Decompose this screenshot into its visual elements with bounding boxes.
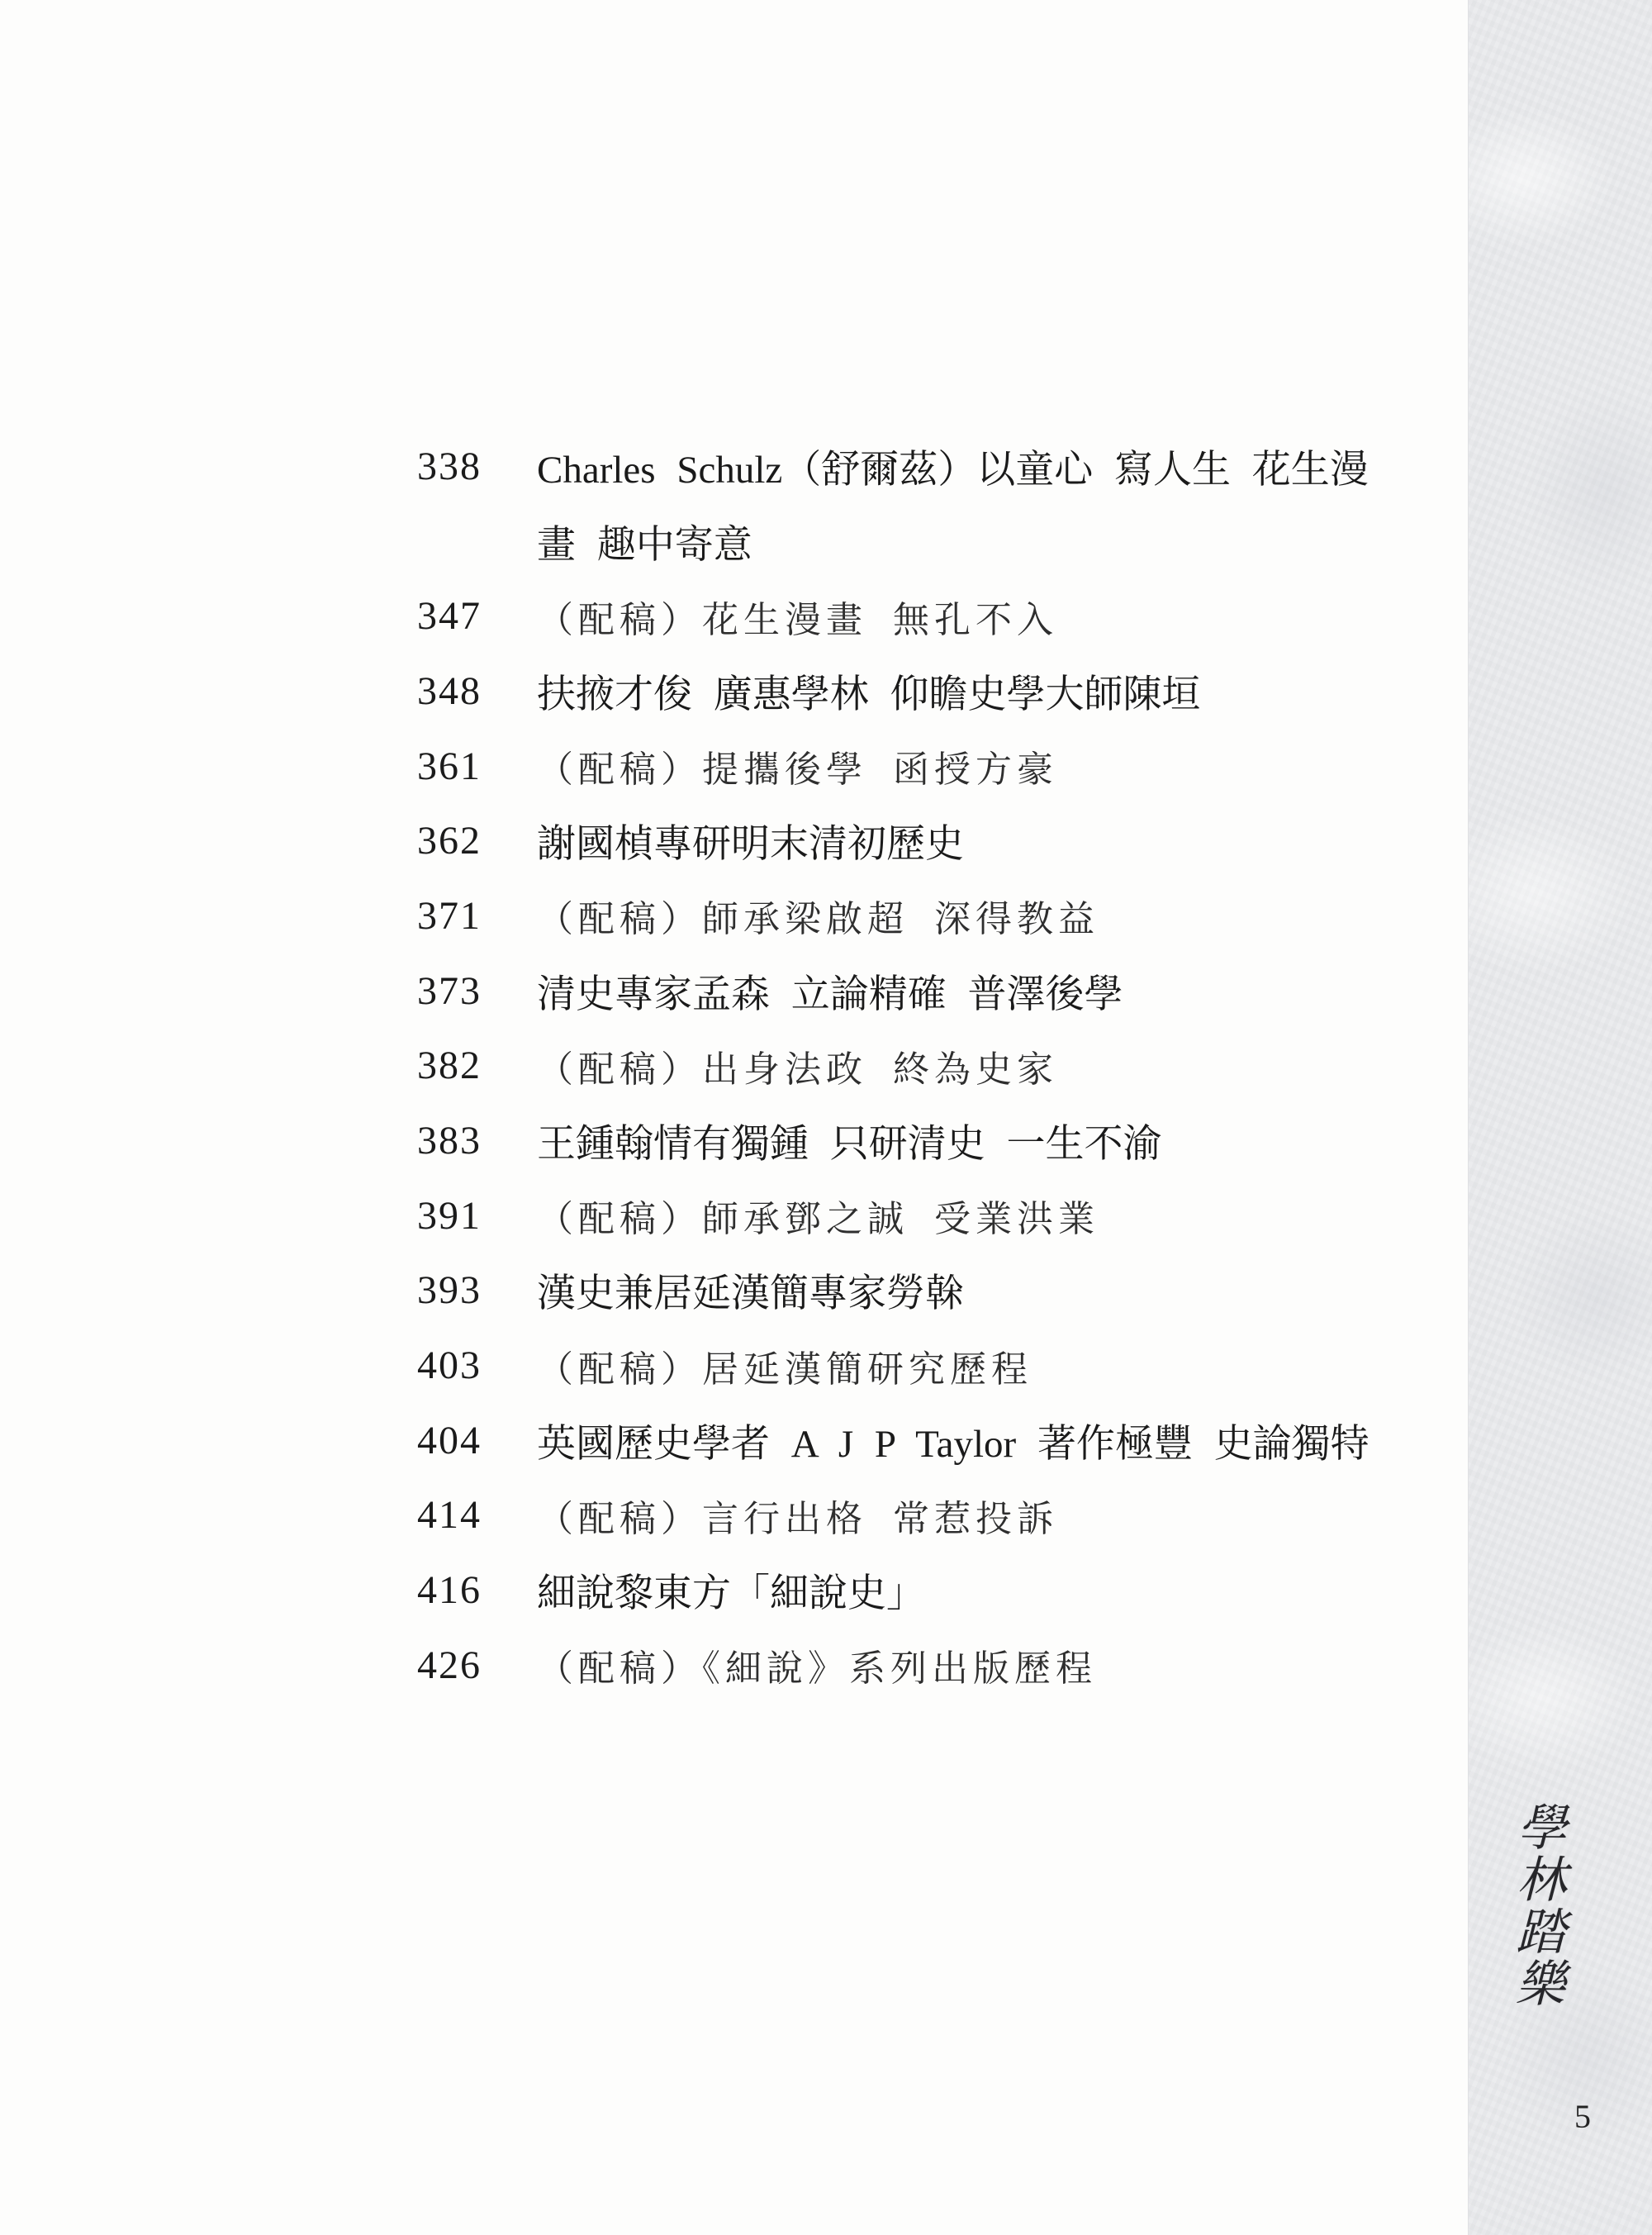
- toc-entry-title: 王鍾翰情有獨鍾 只研清史 一生不渝: [537, 1113, 1162, 1168]
- toc-line: 391 （配稿）師承鄧之誠 受業洪業: [417, 1178, 1450, 1253]
- spine-char: 林: [1517, 1855, 1567, 1908]
- toc-entry-title: （配稿）提攜後學 函授方豪: [537, 739, 1058, 792]
- toc-page-number: 373: [417, 968, 537, 1014]
- toc-page-number: 361: [417, 744, 537, 789]
- toc-page-number: 426: [417, 1643, 537, 1688]
- toc-entry-title: （配稿）花生漫畫 無孔不入: [537, 590, 1058, 643]
- toc-entry-title: （配稿）出身法政 終為史家: [537, 1039, 1058, 1092]
- toc-entry-title: 扶掖才俊 廣惠學林 仰瞻史學大師陳垣: [537, 663, 1201, 719]
- toc-entry-title: （配稿）居延漢簡研究歷程: [537, 1339, 1032, 1392]
- toc-entry-title: 英國歷史學者 A J P Taylor 著作極豐 史論獨特: [537, 1413, 1370, 1468]
- toc-line: 393 漢史兼居延漢簡專家勞榦: [417, 1253, 1450, 1329]
- toc-page-number: 362: [417, 818, 537, 863]
- toc-entry-title: （配稿）言行出格 常惹投訴: [537, 1489, 1058, 1542]
- paper-sidebar: 學林踏樂 5: [1468, 0, 1652, 2235]
- toc-entry-title: 漢史兼居延漢簡專家勞榦: [537, 1263, 964, 1318]
- toc-line: 361 （配稿）提攜後學 函授方豪: [417, 729, 1450, 804]
- toc-page-number: 347: [417, 593, 537, 639]
- toc: 338 Charles Schulz（舒爾茲）以童心 寫人生 花生漫 畫 趣中寄…: [417, 429, 1450, 1703]
- page-number: 5: [1574, 2097, 1591, 2136]
- toc-entry-title: （配稿）師承梁啟超 深得教益: [537, 889, 1099, 942]
- toc-entry-title: Charles Schulz（舒爾茲）以童心 寫人生 花生漫: [537, 439, 1369, 494]
- toc-page-number: 348: [417, 668, 537, 714]
- toc-line: 362 謝國楨專研明末清初歷史: [417, 803, 1450, 878]
- toc-line: 338 Charles Schulz（舒爾茲）以童心 寫人生 花生漫: [417, 429, 1450, 504]
- toc-page-number: 404: [417, 1418, 537, 1463]
- toc-line: 371 （配稿）師承梁啟超 深得教益: [417, 878, 1450, 953]
- spine-char: 學: [1517, 1803, 1568, 1856]
- toc-line: 404 英國歷史學者 A J P Taylor 著作極豐 史論獨特: [417, 1403, 1450, 1478]
- toc-page-number: 403: [417, 1343, 537, 1388]
- toc-line: 416 細說黎東方「細說史」: [417, 1553, 1450, 1628]
- toc-line: 382 （配稿）出身法政 終為史家: [417, 1029, 1450, 1104]
- toc-entry-title: （配稿）師承鄧之誠 受業洪業: [537, 1189, 1099, 1242]
- toc-entry-title: 謝國楨專研明末清初歷史: [537, 813, 964, 868]
- spine-calligraphy: 學林踏樂: [1511, 1803, 1573, 2012]
- toc-page-number: 416: [417, 1567, 537, 1613]
- toc-entry-title: 細說黎東方「細說史」: [537, 1562, 925, 1618]
- toc-page-number: 382: [417, 1043, 537, 1088]
- toc-line: 403 （配稿）居延漢簡研究歷程: [417, 1328, 1450, 1403]
- toc-line: 426 （配稿）《細說》系列出版歷程: [417, 1628, 1450, 1703]
- toc-page-number: 338: [417, 444, 537, 489]
- toc-page-number: 414: [417, 1492, 537, 1538]
- toc-line: 畫 趣中寄意: [417, 504, 1450, 579]
- toc-line: 383 王鍾翰情有獨鍾 只研清史 一生不渝: [417, 1103, 1450, 1178]
- toc-line: 347 （配稿）花生漫畫 無孔不入: [417, 578, 1450, 654]
- toc-page-number: 383: [417, 1118, 537, 1163]
- spine-char: 樂: [1516, 1959, 1566, 2012]
- toc-page-number: 371: [417, 893, 537, 939]
- toc-entry-title: 清史專家孟森 立論精確 普澤後學: [537, 963, 1123, 1019]
- toc-line: 414 （配稿）言行出格 常惹投訴: [417, 1478, 1450, 1553]
- toc-line: 348 扶掖才俊 廣惠學林 仰瞻史學大師陳垣: [417, 654, 1450, 729]
- spine-char: 踏: [1516, 1907, 1566, 1960]
- content-page: 338 Charles Schulz（舒爾茲）以童心 寫人生 花生漫 畫 趣中寄…: [0, 0, 1469, 2235]
- toc-line: 373 清史專家孟森 立論精確 普澤後學: [417, 953, 1450, 1029]
- toc-entry-title: 畫 趣中寄意: [537, 514, 752, 569]
- toc-page-number: 391: [417, 1193, 537, 1239]
- toc-page-number: 393: [417, 1267, 537, 1313]
- toc-entry-title: （配稿）《細說》系列出版歷程: [537, 1638, 1097, 1691]
